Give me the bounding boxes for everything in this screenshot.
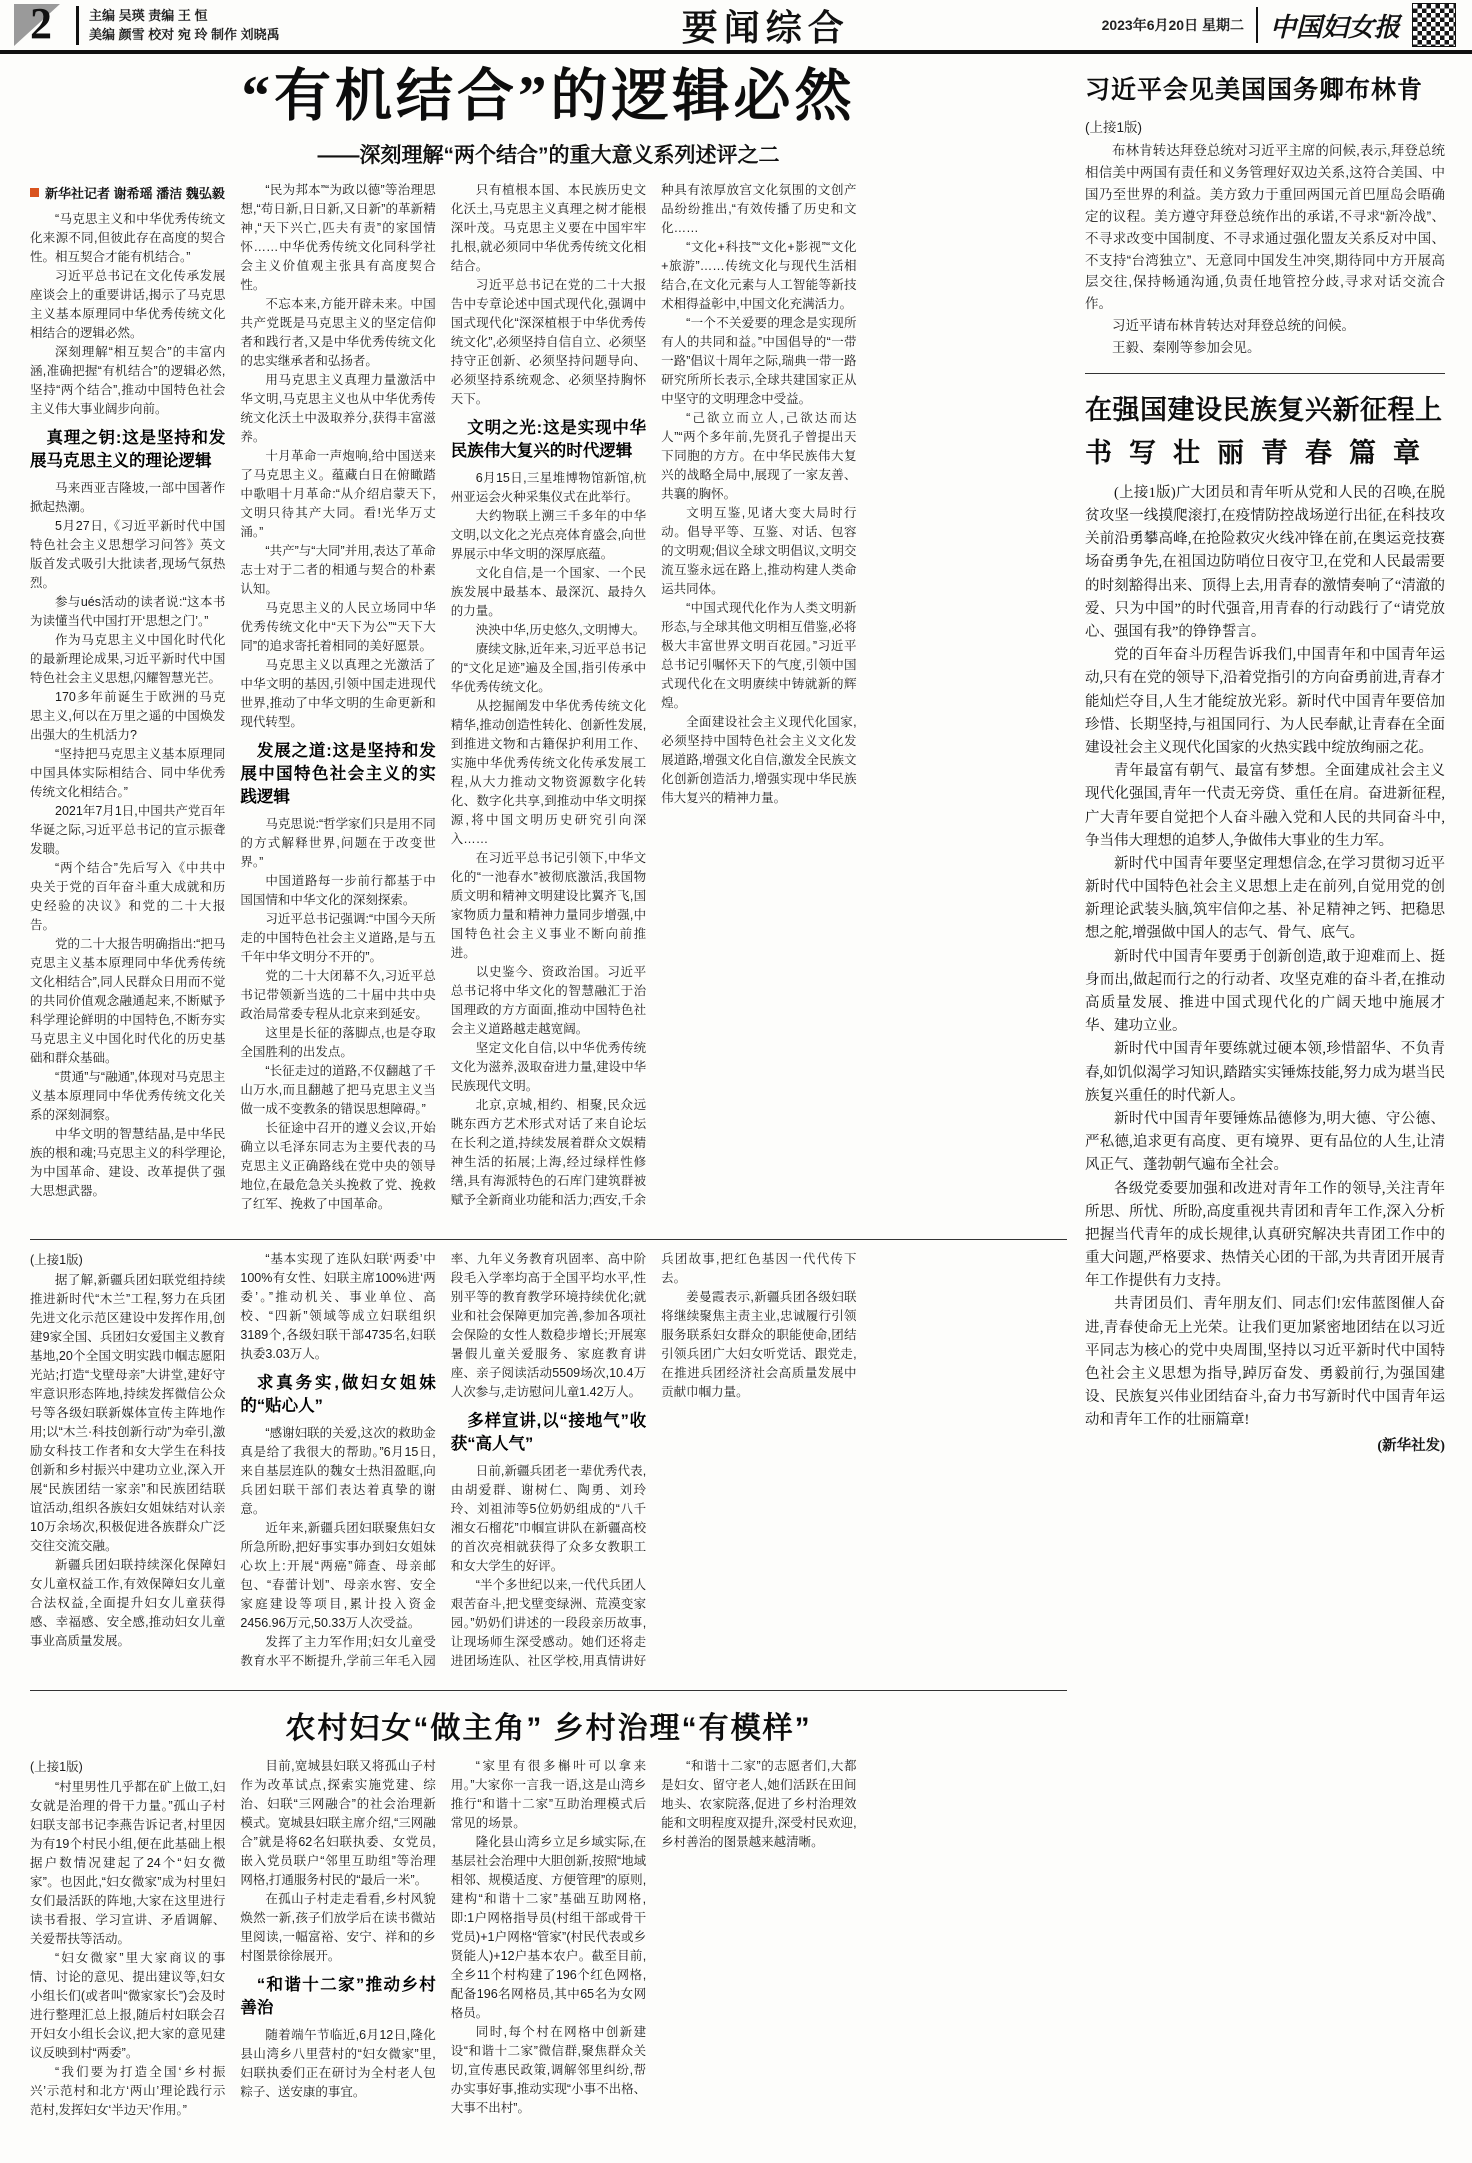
paragraph: 在习近平总书记引领下,中华文化的“一池春水”被彻底激活,我国物质文明和精神文明建…	[451, 849, 646, 963]
youth-headline-line1: 在强国建设民族复兴新征程上	[1085, 388, 1445, 427]
paragraph: 日前,新疆兵团老一辈优秀代表,由胡爱群、谢树仁、陶勇、刘玲玲、刘祖沛等5位奶奶组…	[451, 1462, 646, 1576]
paragraph: 随着端午节临近,6月12日,隆化县山湾乡八里营村的“妇女微家”里,妇联执委们正在…	[240, 2026, 435, 2102]
paragraph: “坚持把马克思主义基本原理同中国具体实际相结合、同中华优秀传统文化相结合。”	[30, 745, 225, 802]
section-title: 要闻综合	[430, 0, 1102, 51]
newspaper-page: 2 主编 吴瑛 责编 王 恒 美编 颜雪 校对 宛 玲 制作 刘晓禹 要闻综合 …	[0, 0, 1472, 2163]
paragraph: 马克思说:“哲学家们只是用不同的方式解释世界,问题在于改变世界。”	[240, 815, 435, 872]
paragraph: 赓续文脉,近年来,习近平总书记的“文化足迹”遍及全国,指引传承中华优秀传统文化。	[451, 640, 646, 697]
paragraph: “马克思主义和中华优秀传统文化来源不同,但彼此存在高度的契合性。相互契合才能有机…	[30, 210, 225, 267]
byline: 新华社记者 谢希瑶 潘洁 魏弘毅	[30, 183, 225, 202]
paragraph: 布林肯转达拜登总统对习近平主席的问候,表示,拜登总统相信美中两国有责任和义务管理…	[1085, 140, 1445, 315]
paragraph: 党的百年奋斗历程告诉我们,中国青年和中国青年运动,只有在党的领导下,沿着党指引的…	[1085, 644, 1445, 760]
paragraph: 6月15日,三星堆博物馆新馆,杭州亚运会火种采集仪式在此举行。	[451, 469, 646, 507]
paragraph: “两个结合”先后写入《中共中央关于党的百年奋斗重大成就和历史经验的决议》和党的二…	[30, 859, 225, 935]
paragraph: 王毅、秦刚等参加会见。	[1085, 337, 1445, 359]
paragraph: 姜曼霞表示,新疆兵团各级妇联将继续聚焦主责主业,忠诚履行引领服务联系妇女群众的职…	[661, 1288, 856, 1402]
byline-text: 新华社记者 谢希瑶 潘洁 魏弘毅	[45, 183, 225, 202]
column-subhead: 多样宣讲,以“接地气”收获“高人气”	[451, 1410, 646, 1456]
left-region: “有机结合”的逻辑必然 ——深刻理解“两个结合”的重大意义系列述评之二 新华社记…	[30, 64, 1067, 2154]
qr-code-icon	[1412, 3, 1456, 47]
right-column: 习近平会见美国国务卿布林肯 (上接1版)布林肯转达拜登总统对习近平主席的问候,表…	[1085, 64, 1445, 2154]
paragraph: 中华文明的智慧结晶,是中华民族的根和魂;马克思主义的科学理论,为中国革命、建设、…	[30, 1125, 225, 1201]
divider-bar	[1256, 7, 1258, 43]
paragraph: “贯通”与“融通”,体现对马克思主义基本原理同中华优秀传统文化关系的深刻洞察。	[30, 1068, 225, 1125]
bingtuan-article: (上接1版)据了解,新疆兵团妇联党组持续推进新时代“木兰”工程,努力在兵团先进文…	[30, 1239, 1067, 1680]
continued-from-label: (上接1版)	[30, 1757, 225, 1778]
youth-headline-line2: 书写壮丽青春篇章	[1085, 431, 1445, 470]
paragraph: 青年最富有朝气、最富有梦想。全面建成社会主义现代化强国,青年一代责无旁贷、重任在…	[1085, 760, 1445, 853]
paragraph: 据了解,新疆兵团妇联党组持续推进新时代“木兰”工程,努力在兵团先进文化示范区建设…	[30, 1271, 225, 1556]
paragraph: 从挖掘阐发中华优秀传统文化精华,推动创造性转化、创新性发展,到推进文物和古籍保护…	[451, 697, 646, 849]
lead-article-body: 新华社记者 谢希瑶 潘洁 魏弘毅“马克思主义和中华优秀传统文化来源不同,但彼此存…	[30, 181, 1067, 1229]
paragraph: 在孤山子村走走看看,乡村风貌焕然一新,孩子们放学后在读书微站里阅读,一幅富裕、安…	[240, 1890, 435, 1966]
masthead-left: 2 主编 吴瑛 责编 王 恒 美编 颜雪 校对 宛 玲 制作 刘晓禹	[0, 2, 430, 48]
paragraph: “我们要为打造全国‘乡村振兴’示范村和北方‘两山’理论践行示范村,发挥妇女‘半边…	[30, 2063, 225, 2120]
paragraph: “长征走过的道路,不仅翻越了千山万水,而且翻越了把马克思主义当做一成不变教条的错…	[240, 1062, 435, 1119]
paragraph: 文明互鉴,见诸大变大局时行动。倡导平等、互鉴、对话、包容的文明观;倡议全球文明倡…	[661, 504, 856, 599]
paragraph: 新时代中国青年要坚定理想信念,在学习贯彻习近平新时代中国特色社会主义思想上走在前…	[1085, 853, 1445, 946]
paragraph: “民为邦本”“为政以德”等治理思想,“苟日新,日日新,又日新”的革新精神,“天下…	[240, 181, 435, 295]
paragraph: (上接1版)广大团员和青年听从党和人民的召唤,在脱贫攻坚一线摸爬滚打,在疫情防控…	[1085, 482, 1445, 644]
paragraph: “共产”与“大同”并用,表达了革命志士对于二者的相通与契合的朴素认知。	[240, 542, 435, 599]
paragraph: 全面建设社会主义现代化国家,必须坚持中国特色社会主义文化发展道路,增强文化自信,…	[661, 713, 856, 808]
staff-line-1: 主编 吴瑛 责编 王 恒	[89, 6, 280, 26]
byline-marker-icon	[30, 188, 39, 197]
paragraph: 以史鉴今、资政治国。习近平总书记将中华文化的智慧融汇于治国理政的方方面面,推动中…	[451, 963, 646, 1039]
paragraph: 隆化县山湾乡立足乡域实际,在基层社会治理中大胆创新,按照“地域相邻、规模适度、方…	[451, 1833, 646, 2023]
paragraph: 这里是长征的落脚点,也是夺取全国胜利的出发点。	[240, 1024, 435, 1062]
paragraph: 作为马克思主义中国化时代化的最新理论成果,习近平新时代中国特色社会主义思想,闪耀…	[30, 631, 225, 688]
page-content: “有机结合”的逻辑必然 ——深刻理解“两个结合”的重大意义系列述评之二 新华社记…	[30, 64, 1445, 2154]
blinken-headline: 习近平会见美国国务卿布林肯	[1085, 70, 1445, 106]
paragraph: “中国式现代化作为人类文明新形态,与全球其他文明相互借鉴,必将极大丰富世界文明百…	[661, 599, 856, 713]
column-subhead: “和谐十二家”推动乡村善治	[240, 1974, 435, 2020]
continued-from-label: (上接1版)	[1085, 116, 1445, 140]
paragraph: 坚定文化自信,以中华优秀传统文化为滋养,汲取奋进力量,建设中华民族现代文明。	[451, 1039, 646, 1096]
column-subhead: 文明之光:这是实现中华民族伟大复兴的时代逻辑	[451, 417, 646, 463]
paragraph: 十月革命一声炮响,给中国送来了马克思主义。蕴藏白日在俯瞰踏中歌唱十月革命:“从介…	[240, 447, 435, 542]
youth-article-body: (上接1版)广大团员和青年听从党和人民的召唤,在脱贫攻坚一线摸爬滚打,在疫情防控…	[1085, 482, 1445, 1459]
page-number-block: 2	[14, 2, 76, 48]
paragraph: 文化自信,是一个国家、一个民族发展中最基本、最深沉、最持久的力量。	[451, 564, 646, 621]
staff-credits: 主编 吴瑛 责编 王 恒 美编 颜雪 校对 宛 玲 制作 刘晓禹	[76, 6, 280, 45]
paragraph: 长征途中召开的遵义会议,开始确立以毛泽东同志为主要代表的马克思主义正确路线在党中…	[240, 1119, 435, 1214]
paragraph: “村里男性几乎都在矿上做工,妇女就是治理的骨干力量。”孤山子村妇联支部书记李燕告…	[30, 1778, 225, 1949]
paragraph: 共青团员们、青年朋友们、同志们!宏伟蓝图催人奋进,青春使命无上光荣。让我们更加紧…	[1085, 1293, 1445, 1432]
paragraph: “文化+科技”“文化+影视”“文化+旅游”……传统文化与现代生活相结合,在文化元…	[661, 238, 856, 314]
paragraph: “己欲立而立人,己欲达而达人”“两个多年前,先贤孔子曾提出天下同胞的方方。在中华…	[661, 409, 856, 504]
paragraph: 深刻理解“相互契合”的丰富内涵,准确把握“有机结合”的逻辑必然,坚持“两个结合”…	[30, 343, 225, 419]
masthead: 2 主编 吴瑛 责编 王 恒 美编 颜雪 校对 宛 玲 制作 刘晓禹 要闻综合 …	[0, 0, 1472, 54]
paragraph: 用马克思主义真理力量激活中华文明,马克思主义也从中华优秀传统文化沃土中汲取养分,…	[240, 371, 435, 447]
paragraph: “和谐十二家”的志愿者们,大都是妇女、留守老人,她们活跃在田间地头、农家院落,促…	[661, 1757, 856, 1852]
column-subhead: 真理之钥:这是坚持和发展马克思主义的理论逻辑	[30, 427, 225, 473]
rural-article: 农村妇女“做主角” 乡村治理“有模样” (上接1版)“村里男性几乎都在矿上做工,…	[30, 1690, 1067, 2127]
paragraph: 参与ués活动的读者说:“这本书为读懂当代中国打开‘思想之门’。”	[30, 593, 225, 631]
paragraph: 新时代中国青年要练就过硬本领,珍惜韶华、不负青春,如饥似渴学习知识,踏踏实实锤炼…	[1085, 1038, 1445, 1108]
paragraph: 马克思主义的人民立场同中华优秀传统文化中“天下为公”“天下大同”的追求寄托着相同…	[240, 599, 435, 656]
wire-credit: (新华社发)	[1085, 1433, 1445, 1459]
paragraph: 大约物联上溯三千多年的中华文明,以文化之光点亮体育盛会,向世界展示中华文明的深厚…	[451, 507, 646, 564]
paragraph: 新时代中国青年要勇于创新创造,敢于迎难而上、挺身而出,做起而行之的行动者、攻坚克…	[1085, 946, 1445, 1039]
blinken-article-body: (上接1版)布林肯转达拜登总统对习近平主席的问候,表示,拜登总统相信美中两国有责…	[1085, 116, 1445, 359]
paragraph: 不忘本来,方能开辟未来。中国共产党既是马克思主义的坚定信仰者和践行者,又是中华优…	[240, 295, 435, 371]
paragraph: 泱泱中华,历史悠久,文明博大。	[451, 621, 646, 640]
paragraph: “基本实现了连队妇联‘两委’中100%有女性、妇联主席100%进‘两委’。”推动…	[240, 1250, 435, 1364]
paragraph: 新时代中国青年要锤炼品德修为,明大德、守公德、严私德,追求更有高度、更有境界、更…	[1085, 1108, 1445, 1178]
rural-headline: 农村妇女“做主角” 乡村治理“有模样”	[30, 1703, 1067, 1747]
paragraph: 马克思主义以真理之光激活了中华文明的基因,引领中国走进现代世界,推动了中华文明的…	[240, 656, 435, 732]
paragraph: 习近平总书记在党的二十大报告中专章论述中国式现代化,强调中国式现代化“深深植根于…	[451, 276, 646, 409]
paragraph: 习近平请布林肯转达对拜登总统的问候。	[1085, 315, 1445, 337]
bingtuan-article-body: (上接1版)据了解,新疆兵团妇联党组持续推进新时代“木兰”工程,努力在兵团先进文…	[30, 1250, 1067, 1680]
youth-article: 在强国建设民族复兴新征程上 书写壮丽青春篇章 (上接1版)广大团员和青年听从党和…	[1085, 373, 1445, 1459]
paragraph: 2021年7月1日,中国共产党百年华诞之际,习近平总书记的宣示振聋发聩。	[30, 802, 225, 859]
continued-from-label: (上接1版)	[30, 1250, 225, 1271]
paragraph: 党的二十大闭幕不久,习近平总书记带领新当选的二十届中共中央政治局常委专程从北京来…	[240, 967, 435, 1024]
paragraph: 新疆兵团妇联持续深化保障妇女儿童权益工作,有效保障妇女儿童合法权益,全面提升妇女…	[30, 1556, 225, 1651]
page-number: 2	[30, 0, 52, 49]
paragraph: “妇女微家”里大家商议的事情、讨论的意见、提出建议等,妇女小组长们(或者叫“微家…	[30, 1949, 225, 2063]
paragraph: 习近平总书记强调:“中国今天所走的中国特色社会主义道路,是与五千年中华文明分不开…	[240, 910, 435, 967]
staff-line-2: 美编 颜雪 校对 宛 玲 制作 刘晓禹	[89, 25, 280, 45]
paragraph: 近年来,新疆兵团妇联聚焦妇女所急所盼,把好事实事办到妇女姐妹心坎上:开展“两癌”…	[240, 1519, 435, 1633]
paragraph: “一个不关爱要的理念是实现所有人的共同和益。”中国倡导的“一带一路”倡议十周年之…	[661, 314, 856, 409]
paragraph: 马来西亚吉隆坡,一部中国著作掀起热潮。	[30, 479, 225, 517]
paragraph: 各级党委要加强和改进对青年工作的领导,关注青年所思、所忧、所盼,高度重视共青团和…	[1085, 1178, 1445, 1294]
paragraph: 习近平总书记在文化传承发展座谈会上的重要讲话,揭示了马克思主义基本原理同中华优秀…	[30, 267, 225, 343]
paragraph: 目前,宽城县妇联又将孤山子村作为改革试点,探索实施党建、综治、妇联“三网融合”的…	[240, 1757, 435, 1890]
newspaper-name: 中国妇女报	[1270, 7, 1400, 44]
masthead-right: 2023年6月20日 星期二 中国妇女报	[1102, 3, 1472, 47]
paragraph: 同时,每个村在网格中创新建设“和谐十二家”微信群,聚焦群众关切,宣传惠民政策,调…	[451, 2023, 646, 2118]
paragraph: “家里有很多槲叶可以拿来用。”大家你一言我一语,这是山湾乡推行“和谐十二家”互助…	[451, 1757, 646, 1833]
blinken-article: 习近平会见美国国务卿布林肯 (上接1版)布林肯转达拜登总统对习近平主席的问候,表…	[1085, 64, 1445, 359]
paragraph: 只有植根本国、本民族历史文化沃土,马克思主义真理之树才能根深叶茂。马克思主义要在…	[451, 181, 646, 276]
paragraph: 5月27日,《习近平新时代中国特色社会主义思想学习问答》英文版首发式吸引大批读者…	[30, 517, 225, 593]
lead-article: “有机结合”的逻辑必然 ——深刻理解“两个结合”的重大意义系列述评之二 新华社记…	[30, 66, 1067, 1229]
paragraph: 党的二十大报告明确指出:“把马克思主义基本原理同中华优秀传统文化相结合”,同人民…	[30, 935, 225, 1068]
column-subhead: 求真务实,做妇女姐妹的“贴心人”	[240, 1372, 435, 1418]
paragraph: 170多年前诞生于欧洲的马克思主义,何以在万里之遥的中国焕发出强大的生机活力?	[30, 688, 225, 745]
paragraph: “感谢妇联的关爱,这次的救助金真是给了我很大的帮助。”6月15日,来自基层连队的…	[240, 1424, 435, 1519]
paragraph: 中国道路每一步前行都基于中国国情和中华文化的深刻探索。	[240, 872, 435, 910]
column-subhead: 发展之道:这是坚持和发展中国特色社会主义的实践逻辑	[240, 740, 435, 809]
rural-article-body: (上接1版)“村里男性几乎都在矿上做工,妇女就是治理的骨干力量。”孤山子村妇联支…	[30, 1757, 1067, 2127]
issue-date: 2023年6月20日 星期二	[1102, 15, 1244, 35]
lead-subheadline: ——深刻理解“两个结合”的重大意义系列述评之二	[30, 139, 1067, 169]
lead-headline: “有机结合”的逻辑必然	[30, 66, 1067, 129]
